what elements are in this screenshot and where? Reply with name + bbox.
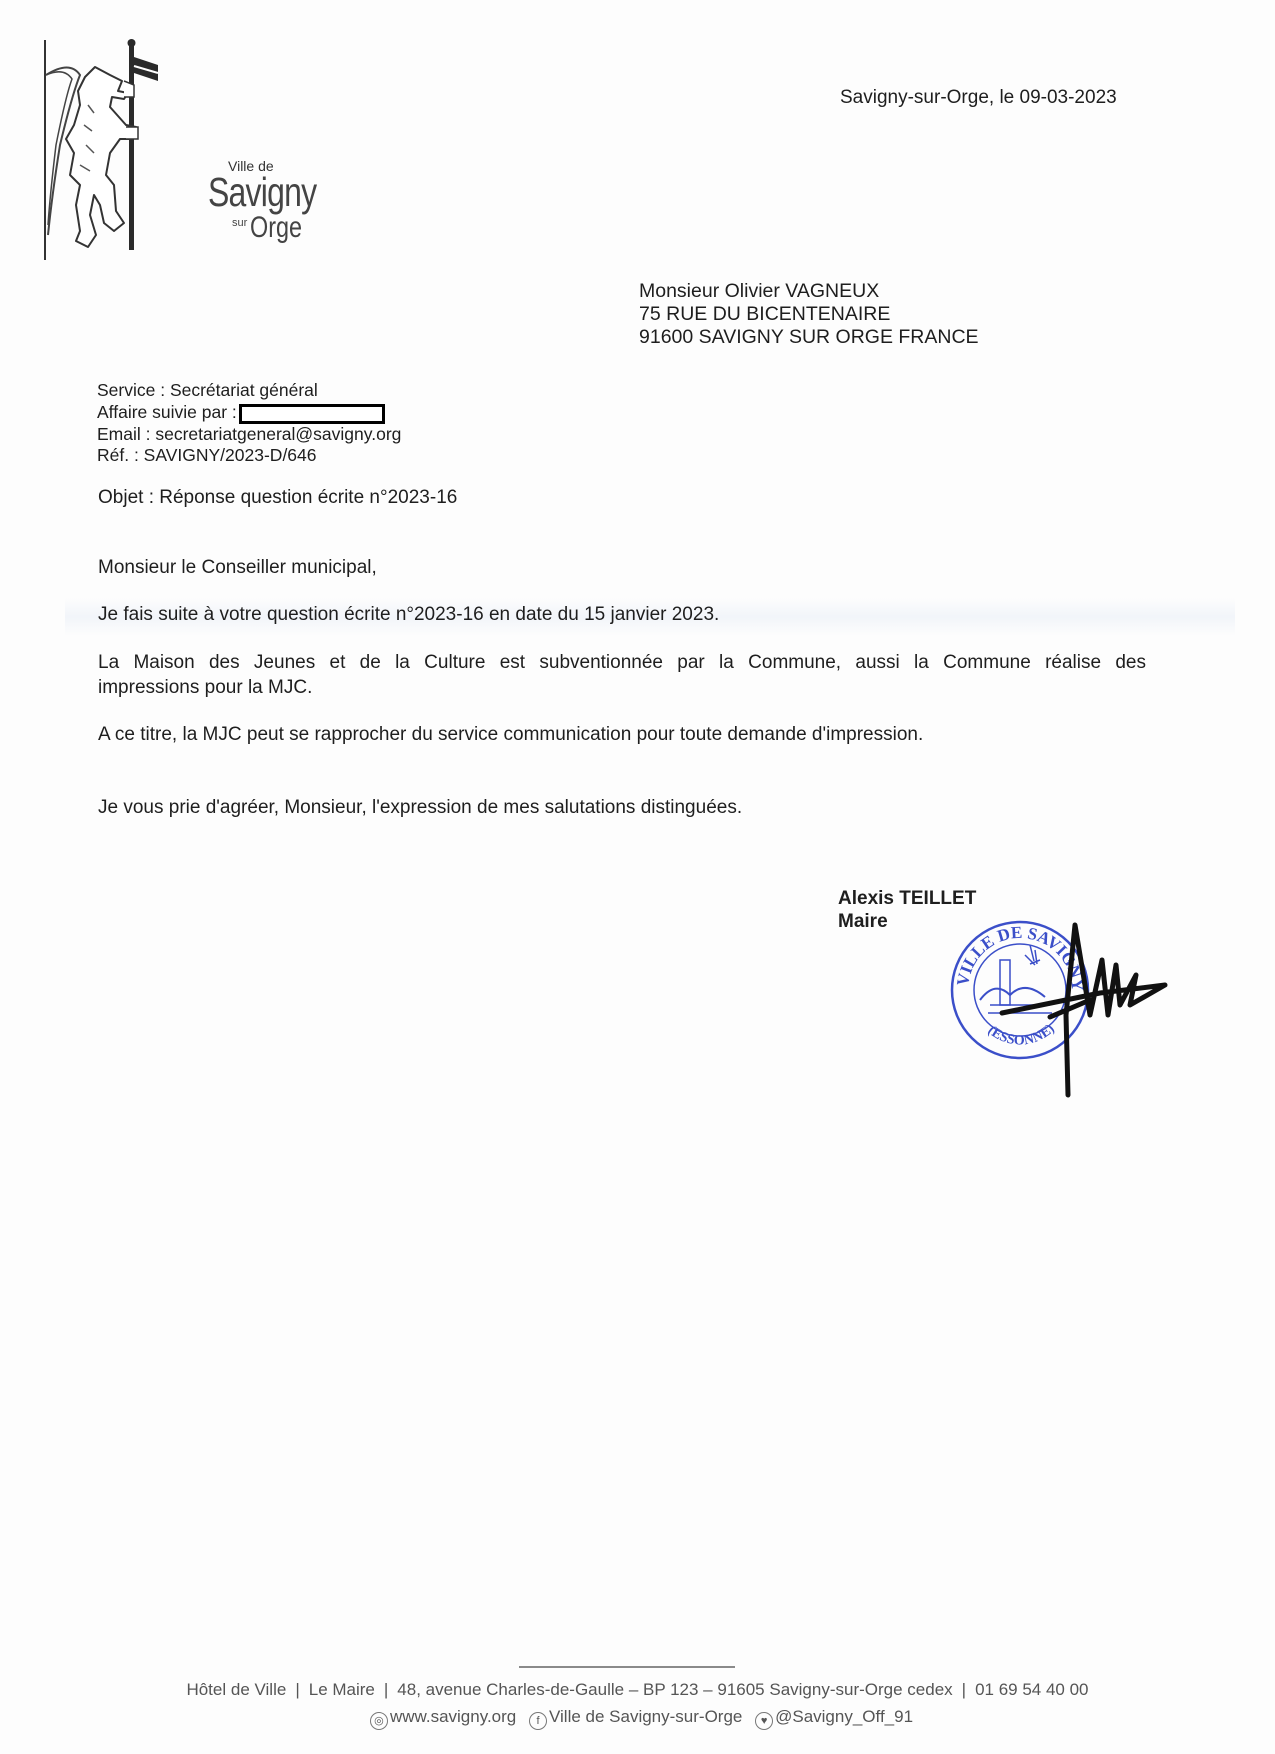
letter-date: Savigny-sur-Orge, le 09-03-2023 <box>840 87 1117 109</box>
service-line: Service : Secrétariat général <box>97 380 401 402</box>
paragraph-2: La Maison des Jeunes et de la Culture es… <box>98 650 1146 700</box>
footer-phone: 01 69 54 40 00 <box>975 1680 1088 1699</box>
footer-facebook[interactable]: Ville de Savigny-sur-Orge <box>549 1707 742 1726</box>
paragraph-2-line-2: impressions pour la MJC. <box>98 677 312 698</box>
official-stamp: VILLE DE SAVIGNY SUR ORGE (ESSONNE) <box>940 905 1180 1105</box>
lion-crest-icon <box>40 35 280 265</box>
greeting: Monsieur le Conseiller municipal, <box>98 557 377 579</box>
logo-sur: sur <box>232 217 247 229</box>
twitter-icon: ♥ <box>755 1712 773 1730</box>
footer-separator: | <box>962 1680 966 1699</box>
reference-line: Réf. : SAVIGNY/2023-D/646 <box>97 445 401 467</box>
logo-orge: Orge <box>250 211 302 245</box>
footer-address: Hôtel de Ville|Le Maire|48, avenue Charl… <box>0 1680 1275 1700</box>
closing-formula: Je vous prie d'agréer, Monsieur, l'expre… <box>98 797 742 819</box>
paragraph-1: Je fais suite à votre question écrite n°… <box>98 604 719 626</box>
footer-le-maire: Le Maire <box>309 1680 375 1699</box>
logo-savigny: Savigny <box>208 169 316 216</box>
recipient-address: Monsieur Olivier VAGNEUX 75 RUE DU BICEN… <box>639 280 979 349</box>
footer-website[interactable]: www.savigny.org <box>390 1707 516 1726</box>
recipient-street: 75 RUE DU BICENTENAIRE <box>639 303 979 326</box>
recipient-name: Monsieur Olivier VAGNEUX <box>639 280 979 303</box>
footer-divider <box>519 1666 735 1668</box>
footer-links: ◎www.savigny.org fVille de Savigny-sur-O… <box>0 1707 1275 1730</box>
footer-separator: | <box>295 1680 299 1699</box>
affaire-label: Affaire suivie par : <box>97 402 237 422</box>
city-logo: Ville de Savigny sur Orge <box>40 35 280 265</box>
seal-and-signature-icon: VILLE DE SAVIGNY SUR ORGE (ESSONNE) <box>940 905 1180 1105</box>
facebook-icon: f <box>529 1712 547 1730</box>
footer-hotel-de-ville: Hôtel de Ville <box>186 1680 286 1699</box>
subject-line: Objet : Réponse question écrite n°2023-1… <box>98 487 457 509</box>
footer-separator: | <box>384 1680 388 1699</box>
redacted-box <box>239 404 385 424</box>
footer-twitter[interactable]: @Savigny_Off_91 <box>775 1707 913 1726</box>
recipient-city: 91600 SAVIGNY SUR ORGE FRANCE <box>639 326 979 349</box>
footer-street: 48, avenue Charles-de-Gaulle – BP 123 – … <box>397 1680 952 1699</box>
email-line: Email : secretariatgeneral@savigny.org <box>97 424 401 446</box>
letter-metadata: Service : Secrétariat général Affaire su… <box>97 380 401 467</box>
affaire-line: Affaire suivie par : <box>97 402 401 424</box>
paragraph-3: A ce titre, la MJC peut se rapprocher du… <box>98 724 923 746</box>
paragraph-2-line-1: La Maison des Jeunes et de la Culture es… <box>98 650 1146 675</box>
globe-icon: ◎ <box>370 1712 388 1730</box>
svg-text:(ESSONNE): (ESSONNE) <box>985 1021 1058 1048</box>
